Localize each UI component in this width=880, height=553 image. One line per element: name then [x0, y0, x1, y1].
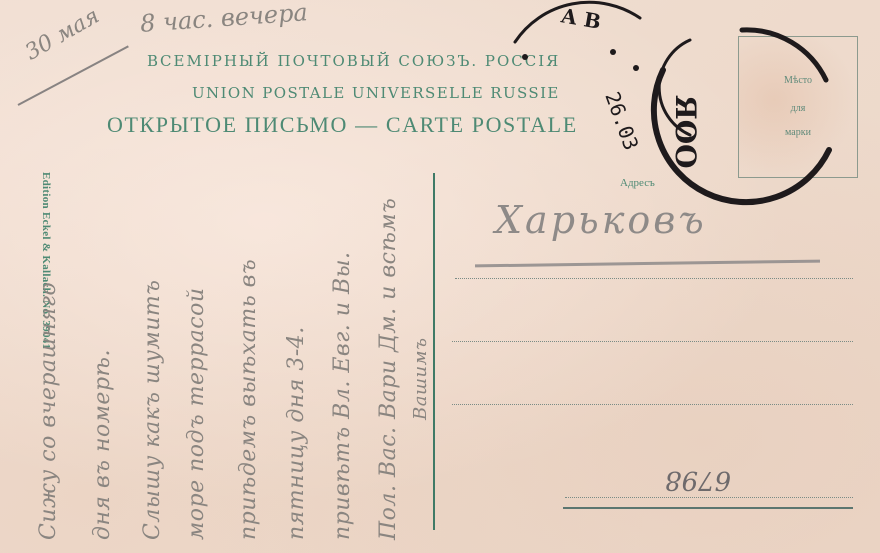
svg-text:ЯОО: ЯОО [669, 95, 702, 168]
postmark: А В ЯОО 26.03 [0, 0, 880, 553]
postmark-date: 26.03 [600, 89, 643, 154]
svg-text:А В: А В [559, 3, 603, 34]
postcard-back: ВСЕМІРНЫЙ ПОЧТОВЫЙ СОЮЗЪ. РОССІЯ UNION P… [0, 0, 880, 553]
